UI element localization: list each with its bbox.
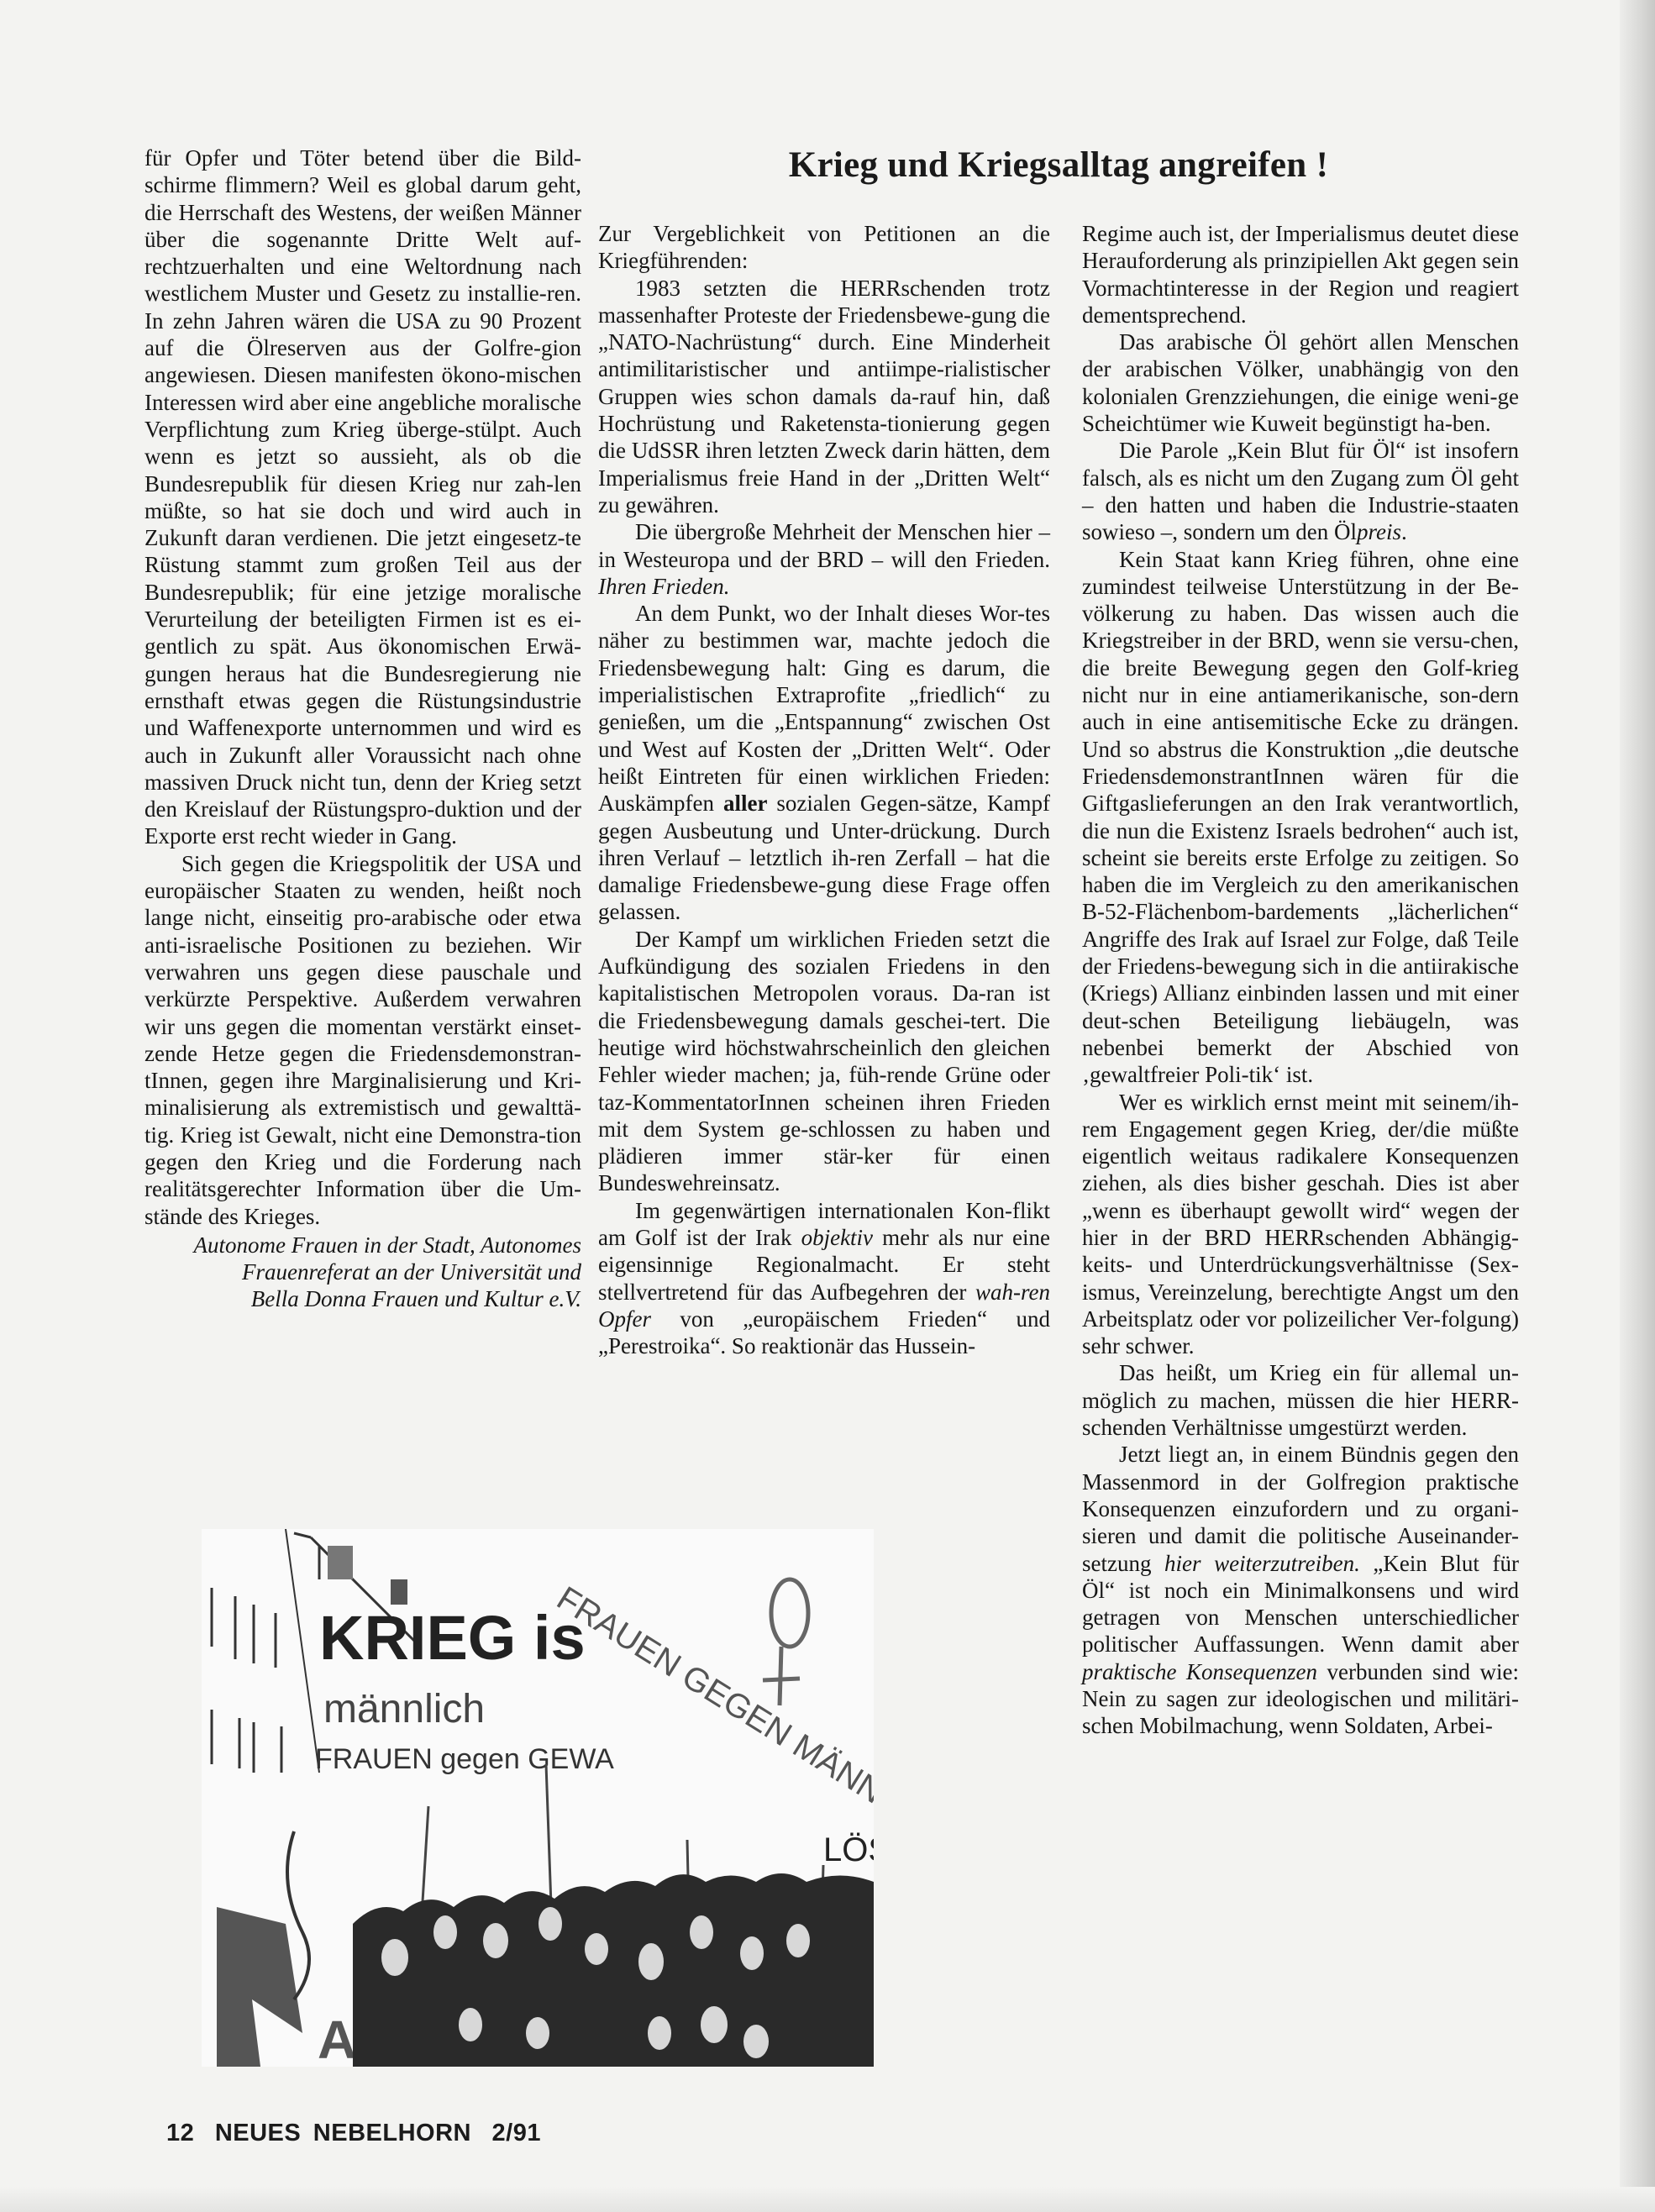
female-symbol-icon <box>763 1579 808 1705</box>
emphasis-text: praktische Konsequenzen <box>1082 1659 1317 1684</box>
banner-text-frauen-gegen-gewalt: FRAUEN gegen GEWA <box>315 1743 614 1775</box>
emphasis-text: objektiv <box>801 1225 873 1250</box>
right-paragraph-6: Das heißt, um Krieg ein für allemal un-m… <box>1082 1359 1519 1441</box>
demonstration-photo: KRIEG is männlich FRAUEN gegen GEWA FRAU… <box>202 1529 874 2067</box>
signature-line: Frauenreferat an der Universität und <box>144 1258 581 1285</box>
page-number: 12 <box>166 2120 194 2146</box>
mid-paragraph-3: Die übergroße Mehrheit der Menschen hier… <box>598 518 1050 600</box>
banner-text-loesung: LÖSU <box>823 1831 874 1868</box>
signature-line: Bella Donna Frauen und Kultur e.V. <box>144 1285 581 1312</box>
article-signature: Autonome Frauen in der Stadt, Autonomes … <box>144 1232 581 1313</box>
emphasis-text: hier weiterzutreiben. <box>1164 1551 1360 1576</box>
signature-line: Autonome Frauen in der Stadt, Autonomes <box>144 1232 581 1258</box>
mid-paragraph-4: An dem Punkt, wo der Inhalt dieses Wor-t… <box>598 600 1050 926</box>
text-run: . <box>1401 519 1407 544</box>
bold-text: aller <box>723 791 767 816</box>
left-column: für Opfer und Töter betend über die Bild… <box>144 144 581 1313</box>
right-paragraph-7: Jetzt liegt an, in einem Bündnis gegen d… <box>1082 1441 1519 1739</box>
photo-illustration: KRIEG is männlich FRAUEN gegen GEWA FRAU… <box>202 1529 874 2067</box>
emphasis-text: preis <box>1357 519 1401 544</box>
page-edge-shadow <box>1620 0 1655 2212</box>
right-paragraph-3: Die Parole „Kein Blut für Öl“ ist insofe… <box>1082 437 1519 545</box>
left-paragraph-2: Sich gegen die Kriegspolitik der USA und… <box>144 850 581 1230</box>
right-paragraph-1: Regime auch ist, der Imperialismus deute… <box>1082 220 1519 328</box>
text-run: Die Parole „Kein Blut für Öl“ ist insofe… <box>1082 438 1519 544</box>
banner-text-maennlich: männlich <box>323 1687 485 1731</box>
article-headline: Krieg und Kriegsalltag angreifen ! <box>598 144 1519 186</box>
text-run: An dem Punkt, wo der Inhalt dieses Wor-t… <box>598 601 1050 816</box>
mid-paragraph-1: Zur Vergeblichkeit von Petitionen an die… <box>598 220 1050 275</box>
issue-number: 2/91 <box>492 2120 541 2146</box>
mid-paragraph-6: Im gegenwärtigen internationalen Kon-fli… <box>598 1197 1050 1360</box>
publication-name: NEUES NEBELHORN <box>215 2120 471 2146</box>
right-paragraph-5: Wer es wirklich ernst meint mit seinem/i… <box>1082 1089 1519 1360</box>
crowd-silhouette <box>353 1873 874 2067</box>
emphasis-text: Ihren Frieden. <box>598 574 729 599</box>
banner-text-krieg: KRIEG is <box>319 1603 586 1673</box>
page-footer: 12 NEUES NEBELHORN 2/91 <box>166 2120 549 2147</box>
middle-column: Zur Vergeblichkeit von Petitionen an die… <box>598 220 1050 1359</box>
left-paragraph-1: für Opfer und Töter betend über die Bild… <box>144 144 581 850</box>
mid-paragraph-2: 1983 setzten die HERRschenden trotz mass… <box>598 275 1050 519</box>
mid-paragraph-5: Der Kampf um wirklichen Frieden setzt di… <box>598 926 1050 1197</box>
text-run: Die übergroße Mehrheit der Menschen hier… <box>598 519 1050 571</box>
right-paragraph-2: Das arabische Öl gehört allen Menschen d… <box>1082 328 1519 437</box>
text-run: von „europäischem Frieden“ und „Perestro… <box>598 1306 1050 1358</box>
right-column: Regime auch ist, der Imperialismus deute… <box>1082 220 1519 1740</box>
page-bottom-shadow <box>0 2187 1655 2212</box>
right-paragraph-4: Kein Staat kann Krieg führen, ohne eine … <box>1082 546 1519 1089</box>
